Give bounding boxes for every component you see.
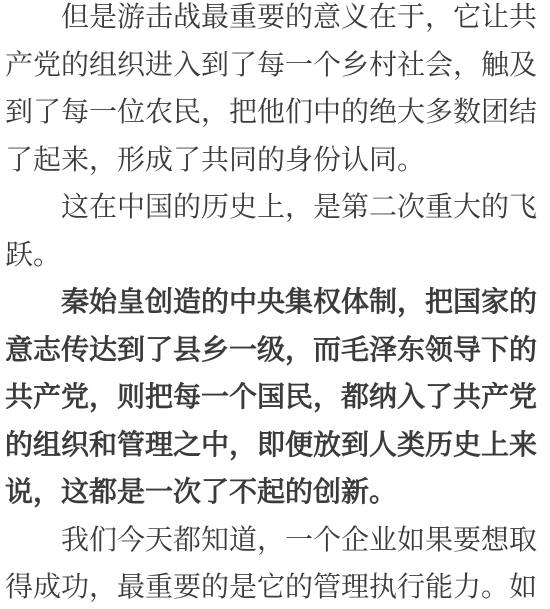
- paragraph-3-bold: 秦始皇创造的中央集权体制，把国家的意志传达到了县乡一级，而毛泽东领导下的共产党，…: [5, 278, 545, 516]
- reader-page: 但是游击战最重要的意义在于，它让共产党的组织进入到了每一个乡村社会，触及到了每一…: [0, 0, 550, 609]
- paragraph-1: 但是游击战最重要的意义在于，它让共产党的组织进入到了每一个乡村社会，触及到了每一…: [5, 0, 545, 183]
- paragraph-2: 这在中国的历史上，是第二次重大的飞跃。: [5, 183, 545, 278]
- paragraph-4: 我们今天都知道，一个企业如果要想取得成功，最重要的是它的管理执行能力。如: [5, 516, 545, 609]
